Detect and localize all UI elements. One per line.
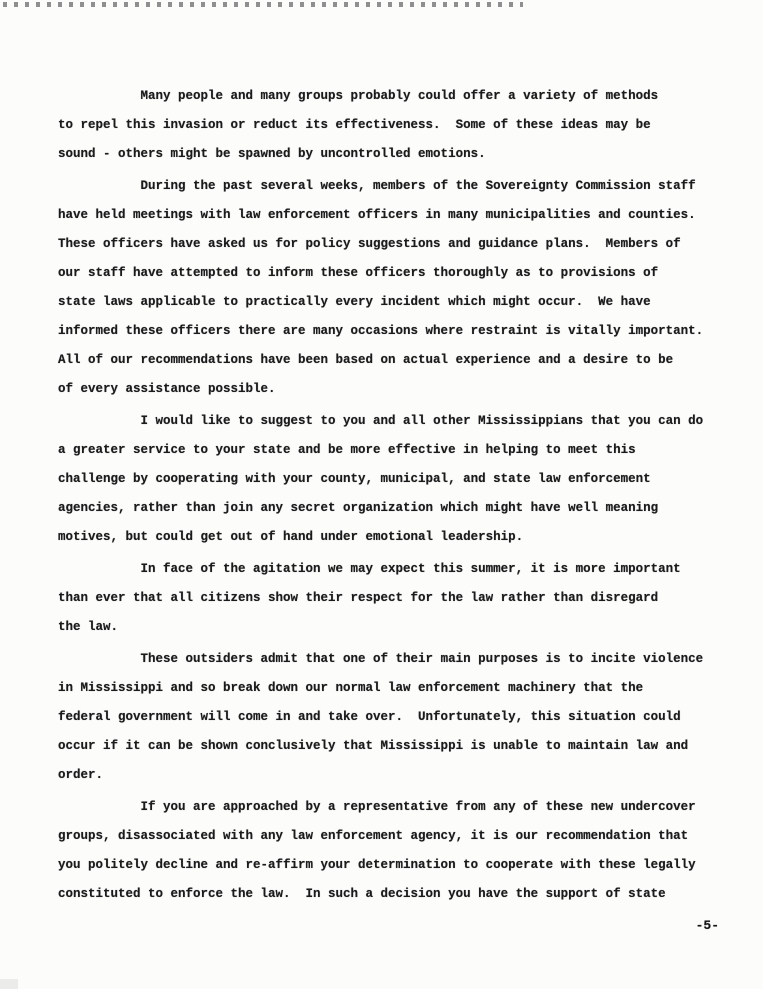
paragraph: In face of the agitation we may expect t… bbox=[58, 555, 718, 642]
paragraph: If you are approached by a representativ… bbox=[58, 793, 718, 909]
scanned-document-page: Many people and many groups probably cou… bbox=[0, 0, 763, 989]
page-number: -5- bbox=[696, 916, 719, 936]
scan-edge-smudge bbox=[0, 979, 18, 989]
paragraph: During the past several weeks, members o… bbox=[58, 172, 718, 404]
paragraph: Many people and many groups probably cou… bbox=[58, 82, 718, 169]
paragraph: I would like to suggest to you and all o… bbox=[58, 407, 718, 552]
paragraph: These outsiders admit that one of their … bbox=[58, 645, 718, 790]
document-body: Many people and many groups probably cou… bbox=[58, 82, 718, 912]
perforation-dotted-line bbox=[3, 2, 523, 7]
